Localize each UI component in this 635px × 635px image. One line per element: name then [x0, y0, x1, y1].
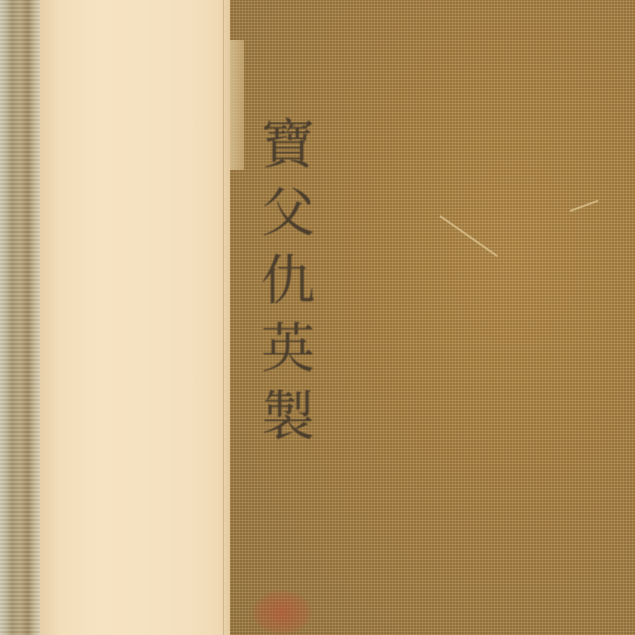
inscription-char: 仇 [261, 254, 315, 308]
inscription-char: 父 [261, 186, 315, 240]
calligraphy-inscription: 寶 父 仇 英 製 [248, 118, 328, 444]
silk-edge-highlight [230, 40, 244, 170]
red-seal-stamp [252, 590, 312, 635]
paper-mounting [40, 0, 230, 635]
inscription-char: 寶 [261, 118, 315, 172]
inscription-char: 製 [261, 390, 315, 444]
scroll-photo: 寶 父 仇 英 製 [0, 0, 635, 635]
inscription-char: 英 [261, 322, 315, 376]
brocade-border [0, 0, 40, 635]
